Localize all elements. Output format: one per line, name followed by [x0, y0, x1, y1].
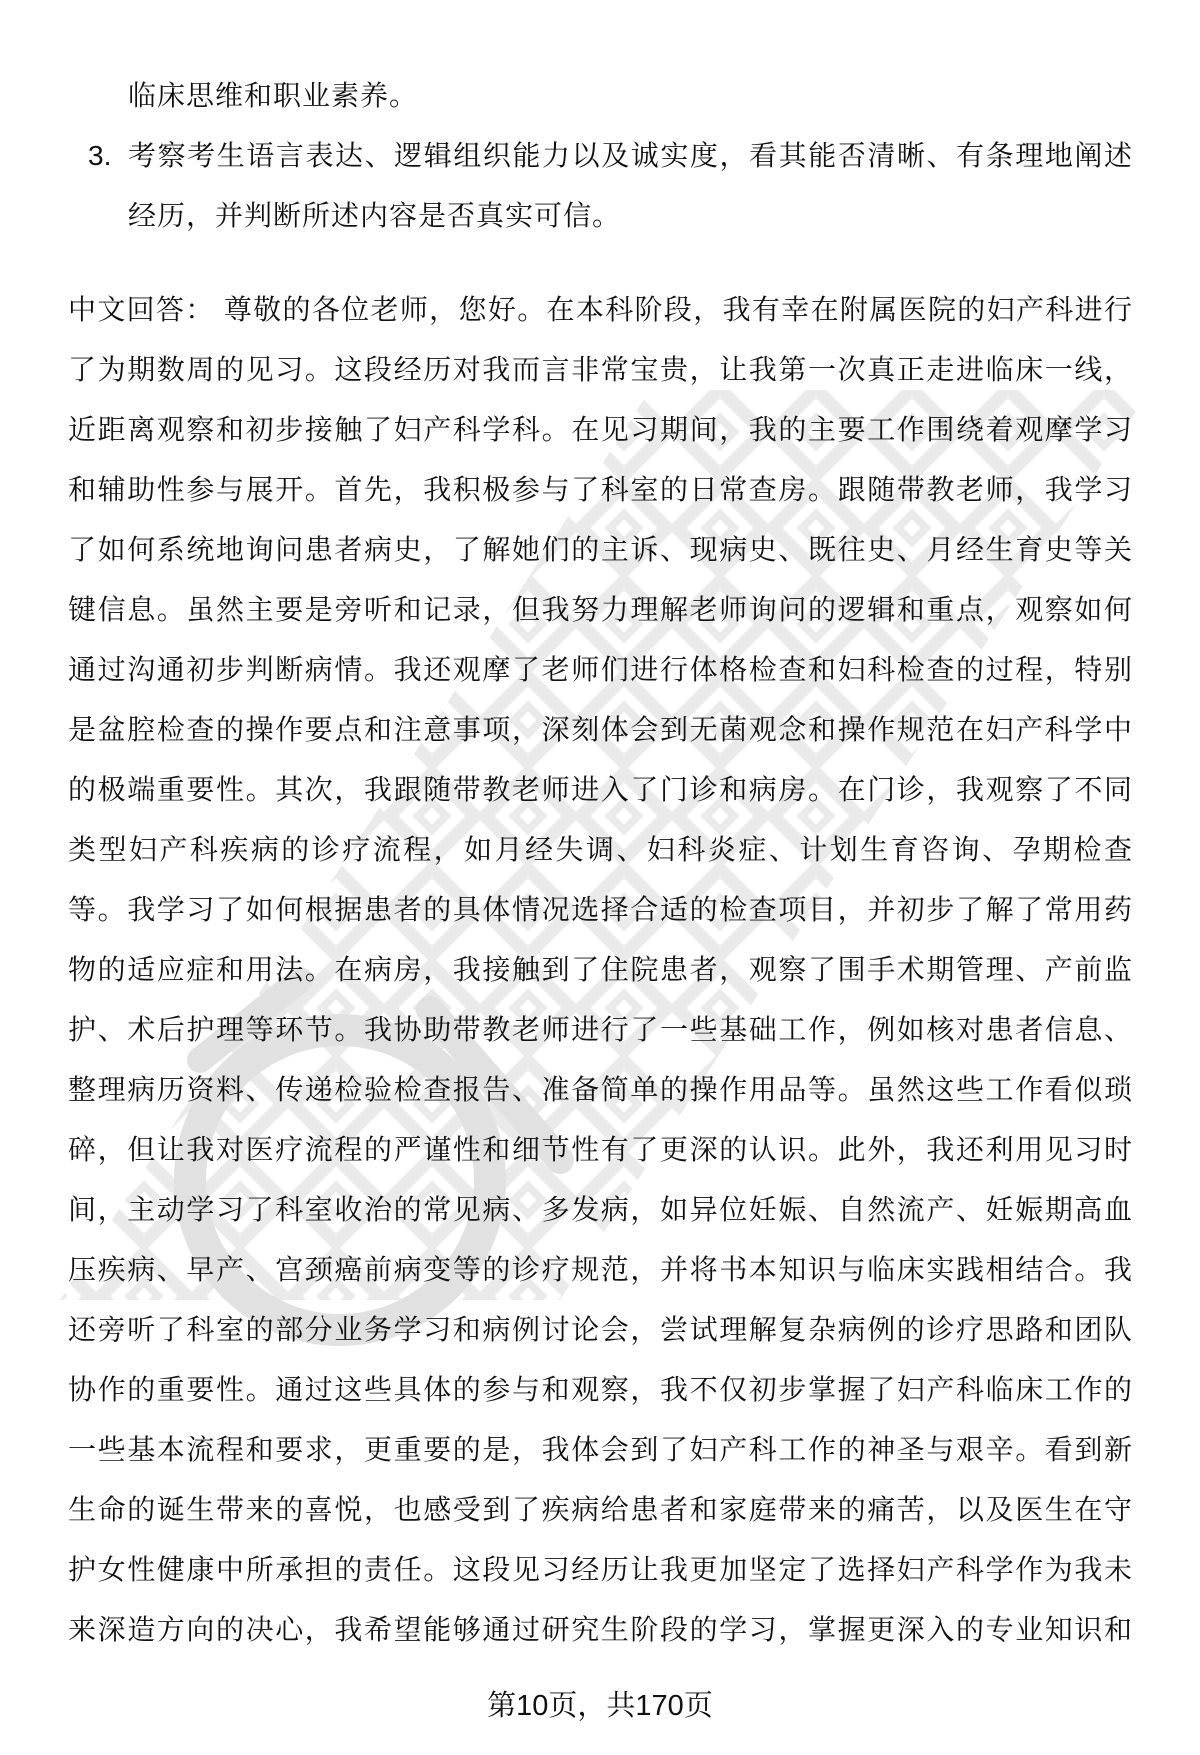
answer-line: 压疾病、早产、宫颈癌前病变等的诊疗规范，并将书本知识与临床实践相结合。我: [68, 1240, 1132, 1300]
answer-line: 中文回答： 尊敬的各位老师，您好。在本科阶段，我有幸在附属医院的妇产科进行: [68, 280, 1132, 340]
answer-line: 碎，但让我对医疗流程的严谨性和细节性有了更深的认识。此外，我还利用见习时: [68, 1120, 1132, 1180]
answer-line: 一些基本流程和要求，更重要的是，我体会到了妇产科工作的神圣与艰辛。看到新: [68, 1420, 1132, 1480]
list-item-3-continuation: 经历，并判断所述内容是否真实可信。: [0, 186, 1200, 246]
answer-line: 生命的诞生带来的喜悦，也感受到了疾病给患者和家庭带来的痛苦，以及医生在守: [68, 1480, 1132, 1540]
answer-line: 类型妇产科疾病的诊疗流程，如月经失调、妇科炎症、计划生育咨询、孕期检查: [68, 820, 1132, 880]
answer-line: 整理病历资料、传递检验检查报告、准备简单的操作用品等。虽然这些工作看似琐: [68, 1060, 1132, 1120]
list-item-3-text: 考察考生语言表达、逻辑组织能力以及诚实度，看其能否清晰、有条理地阐述: [128, 126, 1132, 186]
list-item-3-number: 3.: [88, 126, 128, 186]
answer-line: 键信息。虽然主要是旁听和记录，但我努力理解老师询问的逻辑和重点，观察如何: [68, 580, 1132, 640]
answer-line: 护、术后护理等环节。我协助带教老师进行了一些基础工作，例如核对患者信息、: [68, 1000, 1132, 1060]
page-number-indicator: 第10页，共170页: [0, 1686, 1200, 1726]
answer-line: 了为期数周的见习。这段经历对我而言非常宝贵，让我第一次真正走进临床一线，: [68, 340, 1132, 400]
answer-line: 间，主动学习了科室收治的常见病、多发病，如异位妊娠、自然流产、妊娠期高血: [68, 1180, 1132, 1240]
answer-line: 了如何系统地询问患者病史，了解她们的主诉、现病史、既往史、月经生育史等关: [68, 520, 1132, 580]
answer-line: 护女性健康中所承担的责任。这段见习经历让我更加坚定了选择妇产科学作为我未: [68, 1540, 1132, 1600]
answer-line: 近距离观察和初步接触了妇产科学科。在见习期间，我的主要工作围绕着观摩学习: [68, 400, 1132, 460]
numbered-list-section: 临床思维和职业素养。 3. 考察考生语言表达、逻辑组织能力以及诚实度，看其能否清…: [0, 66, 1200, 246]
answer-line: 通过沟通初步判断病情。我还观摩了老师们进行体格检查和妇科检查的过程，特别: [68, 640, 1132, 700]
list-item-3: 3. 考察考生语言表达、逻辑组织能力以及诚实度，看其能否清晰、有条理地阐述: [0, 126, 1200, 186]
answer-line: 的极端重要性。其次，我跟随带教老师进入了门诊和病房。在门诊，我观察了不同: [68, 760, 1132, 820]
answer-line: 还旁听了科室的部分业务学习和病例讨论会，尝试理解复杂病例的诊疗思路和团队: [68, 1300, 1132, 1360]
answer-line: 物的适应症和用法。在病房，我接触到了住院患者，观察了围手术期管理、产前监: [68, 940, 1132, 1000]
answer-line: 等。我学习了如何根据患者的具体情况选择合适的检查项目，并初步了解了常用药: [68, 880, 1132, 940]
list-item-2-continuation: 临床思维和职业素养。: [0, 66, 1200, 126]
answer-line: 是盆腔检查的操作要点和注意事项，深刻体会到无菌观念和操作规范在妇产科学中: [68, 700, 1132, 760]
answer-line: 和辅助性参与展开。首先，我积极参与了科室的日常查房。跟随带教老师，我学习: [68, 460, 1132, 520]
document-content: 临床思维和职业素养。 3. 考察考生语言表达、逻辑组织能力以及诚实度，看其能否清…: [0, 0, 1200, 1755]
document-page: { "page": { "background_color": "#ffffff…: [0, 0, 1200, 1755]
answer-line: 来深造方向的决心，我希望能够通过研究生阶段的学习，掌握更深入的专业知识和: [68, 1600, 1132, 1660]
answer-line: 协作的重要性。通过这些具体的参与和观察，我不仅初步掌握了妇产科临床工作的: [68, 1360, 1132, 1420]
answer-paragraph: 中文回答： 尊敬的各位老师，您好。在本科阶段，我有幸在附属医院的妇产科进行 了为…: [68, 280, 1132, 1660]
